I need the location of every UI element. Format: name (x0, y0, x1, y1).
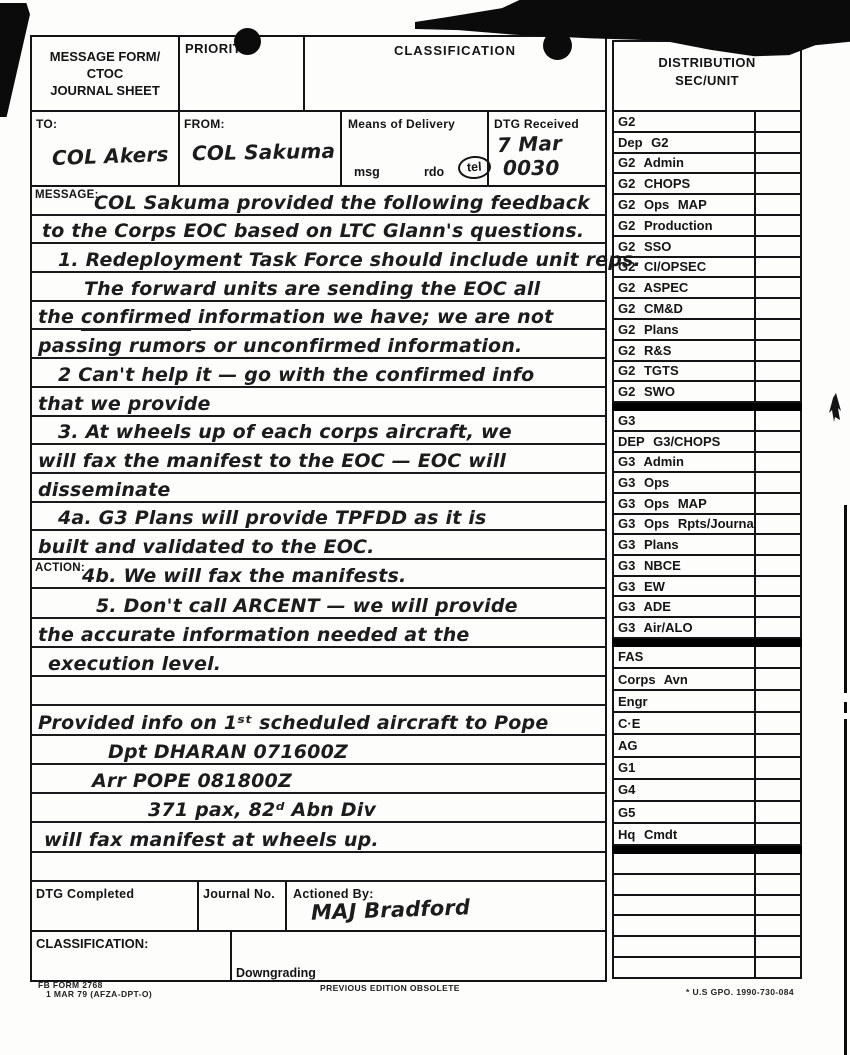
distribution-row: FAS (612, 647, 802, 669)
distribution-row: G3 Ops (612, 473, 802, 494)
distribution-row: G5 (612, 802, 802, 824)
form-title-line: JOURNAL SHEET (32, 82, 178, 99)
distribution-header-line: DISTRIBUTION (614, 54, 800, 72)
distribution-unit-label: G3 Ops MAP (614, 494, 754, 513)
distribution-check-cell (754, 515, 800, 534)
distribution-unit-label: G2 ASPEC (614, 278, 754, 297)
distribution-check-cell (754, 258, 800, 277)
distribution-row: G4 (612, 780, 802, 802)
handwritten-text: 2 Can't help it — go with the confirmed … (32, 366, 534, 386)
to-label: TO: (36, 117, 57, 131)
distribution-unit-label: G3 NBCE (614, 556, 754, 575)
means-of-delivery-label: Means of Delivery (348, 117, 455, 131)
distribution-check-cell (754, 875, 800, 894)
distribution-check-cell (754, 735, 800, 755)
distribution-unit-label: G2 SWO (614, 382, 754, 401)
delivery-option-rdo: rdo (424, 165, 444, 179)
handwritten-text: 4a. G3 Plans will provide TPFDD as it is (32, 509, 487, 529)
distribution-unit-label: G3 Admin (614, 453, 754, 472)
distribution-unit-label: Corps Avn (614, 669, 754, 689)
actioned-by-signature: MAJ Bradford (311, 895, 471, 925)
distribution-row: G3 (612, 411, 802, 432)
distribution-row (612, 916, 802, 937)
distribution-row: Corps Avn (612, 669, 802, 691)
distribution-unit-label: C·E (614, 713, 754, 733)
distribution-unit-label: G2 R&S (614, 341, 754, 360)
distribution-unit-label (614, 958, 754, 977)
distribution-unit-label: G3 Plans (614, 535, 754, 554)
handwritten-text: the confirmed information we have; we ar… (32, 308, 553, 328)
dtg-received-cell: DTG Received 7 Mar 0030 (489, 112, 605, 185)
pen-mark-icon (828, 392, 848, 428)
scan-artifact-corner-wedge (0, 3, 30, 117)
classification-bottom-row: CLASSIFICATION: Downgrading (32, 932, 605, 980)
from-value-handwritten: COL Sakuma (192, 139, 336, 165)
message-line: Arr POPE 081800Z (32, 765, 605, 794)
distribution-check-cell (754, 535, 800, 554)
completion-row: DTG Completed Journal No. Actioned By: M… (32, 882, 605, 932)
distribution-unit-label: G2 Plans (614, 320, 754, 339)
distribution-check-cell (754, 802, 800, 822)
message-line: COL Sakuma provided the following feedba… (32, 187, 605, 216)
handwritten-text: disseminate (32, 481, 170, 501)
distribution-row (612, 937, 802, 958)
handwritten-text: 3. At wheels up of each corps aircraft, … (32, 423, 512, 443)
distribution-check-cell (754, 473, 800, 492)
downgrading-label: Downgrading (236, 966, 316, 980)
message-line: 2 Can't help it — go with the confirmed … (32, 359, 605, 388)
message-line: will fax the manifest to the EOC — EOC w… (32, 445, 605, 474)
distribution-check-cell (754, 341, 800, 360)
distribution-row: G3 Air/ALO (612, 618, 802, 639)
downgrading-cell: Downgrading (232, 932, 605, 980)
distribution-row: G2 TGTS (612, 362, 802, 383)
distribution-check-cell (754, 237, 800, 256)
dtg-completed-label: DTG Completed (36, 887, 134, 901)
message-line: to the Corps EOC based on LTC Glann's qu… (32, 216, 605, 245)
distribution-row (612, 958, 802, 979)
distribution-unit-label: G2 Admin (614, 154, 754, 173)
scan-edge-line (844, 702, 847, 713)
form-number: FB FORM 2768 1 MAR 79 (AFZA-DPT-O) (38, 981, 152, 999)
from-cell: FROM: COL Sakuma (180, 112, 342, 185)
distribution-check-cell (754, 937, 800, 956)
to-value-handwritten: COL Akers (52, 142, 169, 170)
message-line: disseminate (32, 474, 605, 503)
distribution-rows: G2Dep G2G2 AdminG2 CHOPSG2 Ops MAPG2 Pro… (612, 112, 802, 979)
distribution-unit-label: G2 CI/OPSEC (614, 258, 754, 277)
handwritten-text: 371 pax, 82ᵈ Abn Div (32, 801, 376, 821)
distribution-row: G1 (612, 758, 802, 780)
handwritten-text: execution level. (32, 655, 221, 675)
distribution-row: Dep G2 (612, 133, 802, 154)
classification-bottom-cell: CLASSIFICATION: (32, 932, 232, 980)
distribution-unit-label: G2 SSO (614, 237, 754, 256)
scan-edge-line (844, 505, 847, 693)
distribution-unit-label: Engr (614, 691, 754, 711)
distribution-row: G2 CM&D (612, 299, 802, 320)
distribution-unit-label: G2 Production (614, 216, 754, 235)
message-line: will fax manifest at wheels up. (32, 823, 605, 852)
distribution-unit-label: G2 Ops MAP (614, 195, 754, 214)
distribution-unit-label: G3 EW (614, 577, 754, 596)
hole-punch-mark (543, 31, 572, 60)
distribution-row: Hq Cmdt (612, 824, 802, 846)
message-label: MESSAGE: (35, 189, 99, 201)
message-line: passing rumors or unconfirmed informatio… (32, 330, 605, 359)
handwritten-text: passing rumors or unconfirmed informatio… (32, 337, 522, 357)
distribution-unit-label: AG (614, 735, 754, 755)
dtg-received-label: DTG Received (494, 117, 579, 131)
form-title: MESSAGE FORM/ CTOC JOURNAL SHEET (32, 37, 180, 110)
handwritten-text: COL Sakuma provided the following feedba… (32, 194, 590, 214)
distribution-row: G2 Ops MAP (612, 195, 802, 216)
handwritten-text: 5. Don't call ARCENT — we will provide (32, 597, 518, 617)
form-title-line: MESSAGE FORM/ (32, 48, 178, 65)
message-line (32, 853, 605, 882)
distribution-check-cell (754, 133, 800, 152)
action-section: ACTION: 4b. We will fax the manifests.5.… (32, 560, 605, 882)
from-label: FROM: (184, 117, 225, 131)
distribution-check-cell (754, 154, 800, 173)
message-line: 4b. We will fax the manifests. (32, 560, 605, 589)
header-row: MESSAGE FORM/ CTOC JOURNAL SHEET PRIORIT… (32, 37, 605, 112)
distribution-unit-label: G2 CM&D (614, 299, 754, 318)
distribution-check-cell (754, 854, 800, 873)
distribution-check-cell (754, 958, 800, 977)
distribution-check-cell (754, 577, 800, 596)
message-line (32, 677, 605, 706)
distribution-check-cell (754, 411, 800, 430)
distribution-check-cell (754, 669, 800, 689)
distribution-row: G3 Ops MAP (612, 494, 802, 515)
distribution-row: G2 Admin (612, 154, 802, 175)
handwritten-text: to the Corps EOC based on LTC Glann's qu… (32, 222, 584, 242)
delivery-option-msg: msg (354, 165, 380, 179)
handwritten-text: the accurate information needed at the (32, 626, 470, 646)
message-line: Provided info on 1ˢᵗ scheduled aircraft … (32, 706, 605, 735)
distribution-row (612, 896, 802, 917)
distribution-row: DEP G3/CHOPS (612, 432, 802, 453)
distribution-check-cell (754, 713, 800, 733)
form-title-line: CTOC (32, 65, 178, 82)
handwritten-text: will fax the manifest to the EOC — EOC w… (32, 452, 506, 472)
handwritten-text: that we provide (32, 395, 211, 415)
distribution-check-cell (754, 758, 800, 778)
distribution-check-cell (754, 824, 800, 844)
handwritten-text: will fax manifest at wheels up. (32, 831, 379, 851)
distribution-header-line: SEC/UNIT (614, 72, 800, 90)
handwritten-text: The forward units are sending the EOC al… (32, 280, 540, 300)
distribution-check-cell (754, 320, 800, 339)
distribution-check-cell (754, 174, 800, 193)
distribution-check-cell (754, 278, 800, 297)
distribution-check-cell (754, 453, 800, 472)
distribution-unit-label: G3 ADE (614, 597, 754, 616)
distribution-check-cell (754, 195, 800, 214)
message-line: 3. At wheels up of each corps aircraft, … (32, 417, 605, 446)
dtg-received-value: 7 Mar (497, 131, 563, 157)
section-divider (612, 639, 802, 647)
distribution-unit-label: G2 CHOPS (614, 174, 754, 193)
to-cell: TO: COL Akers (32, 112, 180, 185)
hole-punch-mark (234, 28, 261, 55)
distribution-check-cell (754, 691, 800, 711)
distribution-row: G2 ASPEC (612, 278, 802, 299)
distribution-unit-label: G5 (614, 802, 754, 822)
distribution-unit-label: G3 Ops (614, 473, 754, 492)
distribution-row: AG (612, 735, 802, 757)
message-line: the accurate information needed at the (32, 619, 605, 648)
handwritten-text: built and validated to the EOC. (32, 538, 375, 558)
distribution-unit-label: DEP G3/CHOPS (614, 432, 754, 451)
section-divider (612, 403, 802, 411)
journal-sheet-form: MESSAGE FORM/ CTOC JOURNAL SHEET PRIORIT… (30, 35, 607, 982)
distribution-row: G2 SWO (612, 382, 802, 403)
handwritten-text: 1. Redeployment Task Force should includ… (32, 251, 641, 271)
distribution-row: G3 Plans (612, 535, 802, 556)
distribution-row: G3 NBCE (612, 556, 802, 577)
distribution-unit-label: G2 (614, 112, 754, 131)
actioned-by-cell: Actioned By: MAJ Bradford (287, 882, 605, 930)
distribution-unit-label: G4 (614, 780, 754, 800)
handwritten-text: Provided info on 1ˢᵗ scheduled aircraft … (32, 714, 548, 734)
distribution-row: G3 Admin (612, 453, 802, 474)
handwritten-text: 4b. We will fax the manifests. (32, 567, 406, 587)
scan-edge-line (844, 719, 847, 1055)
distribution-check-cell (754, 112, 800, 131)
distribution-check-cell (754, 916, 800, 935)
message-section: MESSAGE: COL Sakuma provided the followi… (32, 187, 605, 560)
distribution-row: G3 ADE (612, 597, 802, 618)
message-line: that we provide (32, 388, 605, 417)
distribution-row: G2 Production (612, 216, 802, 237)
journal-no-cell: Journal No. (199, 882, 287, 930)
message-line: Dpt DHARAN 071600Z (32, 736, 605, 765)
dtg-completed-cell: DTG Completed (32, 882, 199, 930)
distribution-row: G2 (612, 112, 802, 133)
distribution-row: C·E (612, 713, 802, 735)
distribution-check-cell (754, 647, 800, 667)
section-divider (612, 846, 802, 854)
distribution-unit-label: Dep G2 (614, 133, 754, 152)
distribution-unit-label (614, 896, 754, 915)
distribution-row: G2 Plans (612, 320, 802, 341)
distribution-unit-label: G3 Ops Rpts/Journal (614, 515, 754, 534)
distribution-unit-label (614, 854, 754, 873)
distribution-unit-label (614, 916, 754, 935)
distribution-table: DISTRIBUTION SEC/UNIT G2Dep G2G2 AdminG2… (612, 40, 802, 979)
classification-bottom-label: CLASSIFICATION: (36, 936, 148, 951)
distribution-check-cell (754, 299, 800, 318)
classification-label: CLASSIFICATION (394, 43, 516, 58)
journal-no-label: Journal No. (203, 887, 275, 901)
delivery-option-tel-circled: tel (457, 155, 491, 180)
message-line: 371 pax, 82ᵈ Abn Div (32, 794, 605, 823)
distribution-unit-label: FAS (614, 647, 754, 667)
gpo-print-code: * U.S GPO. 1990-730-084 (686, 987, 794, 997)
distribution-row: G3 Ops Rpts/Journal (612, 515, 802, 536)
message-line: execution level. (32, 648, 605, 677)
handwritten-text: Arr POPE 081800Z (32, 772, 292, 792)
distribution-check-cell (754, 780, 800, 800)
handwritten-text: Dpt DHARAN 071600Z (32, 743, 348, 763)
distribution-row: Engr (612, 691, 802, 713)
message-line: 1. Redeployment Task Force should includ… (32, 244, 605, 273)
distribution-check-cell (754, 362, 800, 381)
distribution-check-cell (754, 432, 800, 451)
means-of-delivery-cell: Means of Delivery msg rdo tel (342, 112, 489, 185)
message-line: 5. Don't call ARCENT — we will provide (32, 589, 605, 618)
distribution-row: G2 CI/OPSEC (612, 258, 802, 279)
distribution-unit-label: G2 TGTS (614, 362, 754, 381)
distribution-row: G2 R&S (612, 341, 802, 362)
action-label: ACTION: (35, 562, 85, 574)
dtg-received-value: 0030 (503, 156, 559, 180)
distribution-row: G2 SSO (612, 237, 802, 258)
distribution-check-cell (754, 597, 800, 616)
form-date-line: 1 MAR 79 (AFZA-DPT-O) (38, 990, 152, 999)
distribution-check-cell (754, 382, 800, 401)
message-line: The forward units are sending the EOC al… (32, 273, 605, 302)
distribution-unit-label: G3 (614, 411, 754, 430)
distribution-row: G3 EW (612, 577, 802, 598)
distribution-row (612, 875, 802, 896)
distribution-unit-label (614, 875, 754, 894)
previous-edition-note: PREVIOUS EDITION OBSOLETE (320, 983, 460, 993)
message-line: built and validated to the EOC. (32, 531, 605, 560)
distribution-unit-label: G3 Air/ALO (614, 618, 754, 637)
distribution-check-cell (754, 494, 800, 513)
address-row: TO: COL Akers FROM: COL Sakuma Means of … (32, 112, 605, 187)
distribution-row: G2 CHOPS (612, 174, 802, 195)
message-line: the confirmed information we have; we ar… (32, 302, 605, 331)
distribution-unit-label: Hq Cmdt (614, 824, 754, 844)
distribution-row (612, 854, 802, 875)
distribution-check-cell (754, 618, 800, 637)
distribution-check-cell (754, 216, 800, 235)
distribution-check-cell (754, 896, 800, 915)
distribution-unit-label (614, 937, 754, 956)
distribution-unit-label: G1 (614, 758, 754, 778)
message-line: 4a. G3 Plans will provide TPFDD as it is (32, 503, 605, 532)
distribution-check-cell (754, 556, 800, 575)
